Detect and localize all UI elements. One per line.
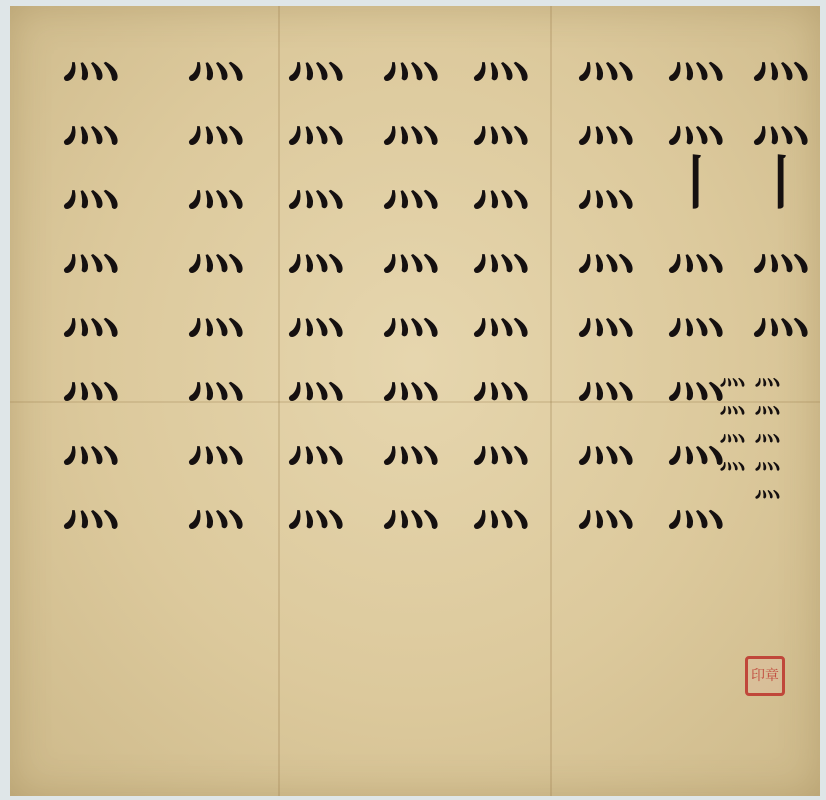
calligraphy-column-6: 灬灬灬灬灬灬灬灬 bbox=[280, 24, 342, 536]
red-seal-stamp: 印章 bbox=[745, 656, 785, 696]
calligraphy-column-2: 灬灬丨灬灬灬灬灬 bbox=[660, 24, 722, 536]
calligraphy-column-4: 灬灬灬灬灬灬灬灬 bbox=[465, 24, 527, 536]
calligraphy-column-5: 灬灬灬灬灬灬灬灬 bbox=[375, 24, 437, 536]
inscription-column-1: 灬灬灬灬灬 bbox=[750, 361, 780, 501]
calligraphy-paper: 灬灬丨灬灬 灬灬丨灬灬灬灬灬 灬灬灬灬灬灬灬灬 灬灬灬灬灬灬灬灬 灬灬灬灬灬灬灬… bbox=[10, 6, 820, 796]
inscription-column-2: 灬灬灬灬 bbox=[715, 361, 745, 473]
calligraphy-column-3: 灬灬灬灬灬灬灬灬 bbox=[570, 24, 632, 536]
calligraphy-column-8: 灬灬灬灬灬灬灬灬 bbox=[55, 24, 117, 536]
calligraphy-column-7: 灬灬灬灬灬灬灬灬 bbox=[180, 24, 242, 536]
calligraphy-column-1: 灬灬丨灬灬 bbox=[745, 24, 807, 344]
